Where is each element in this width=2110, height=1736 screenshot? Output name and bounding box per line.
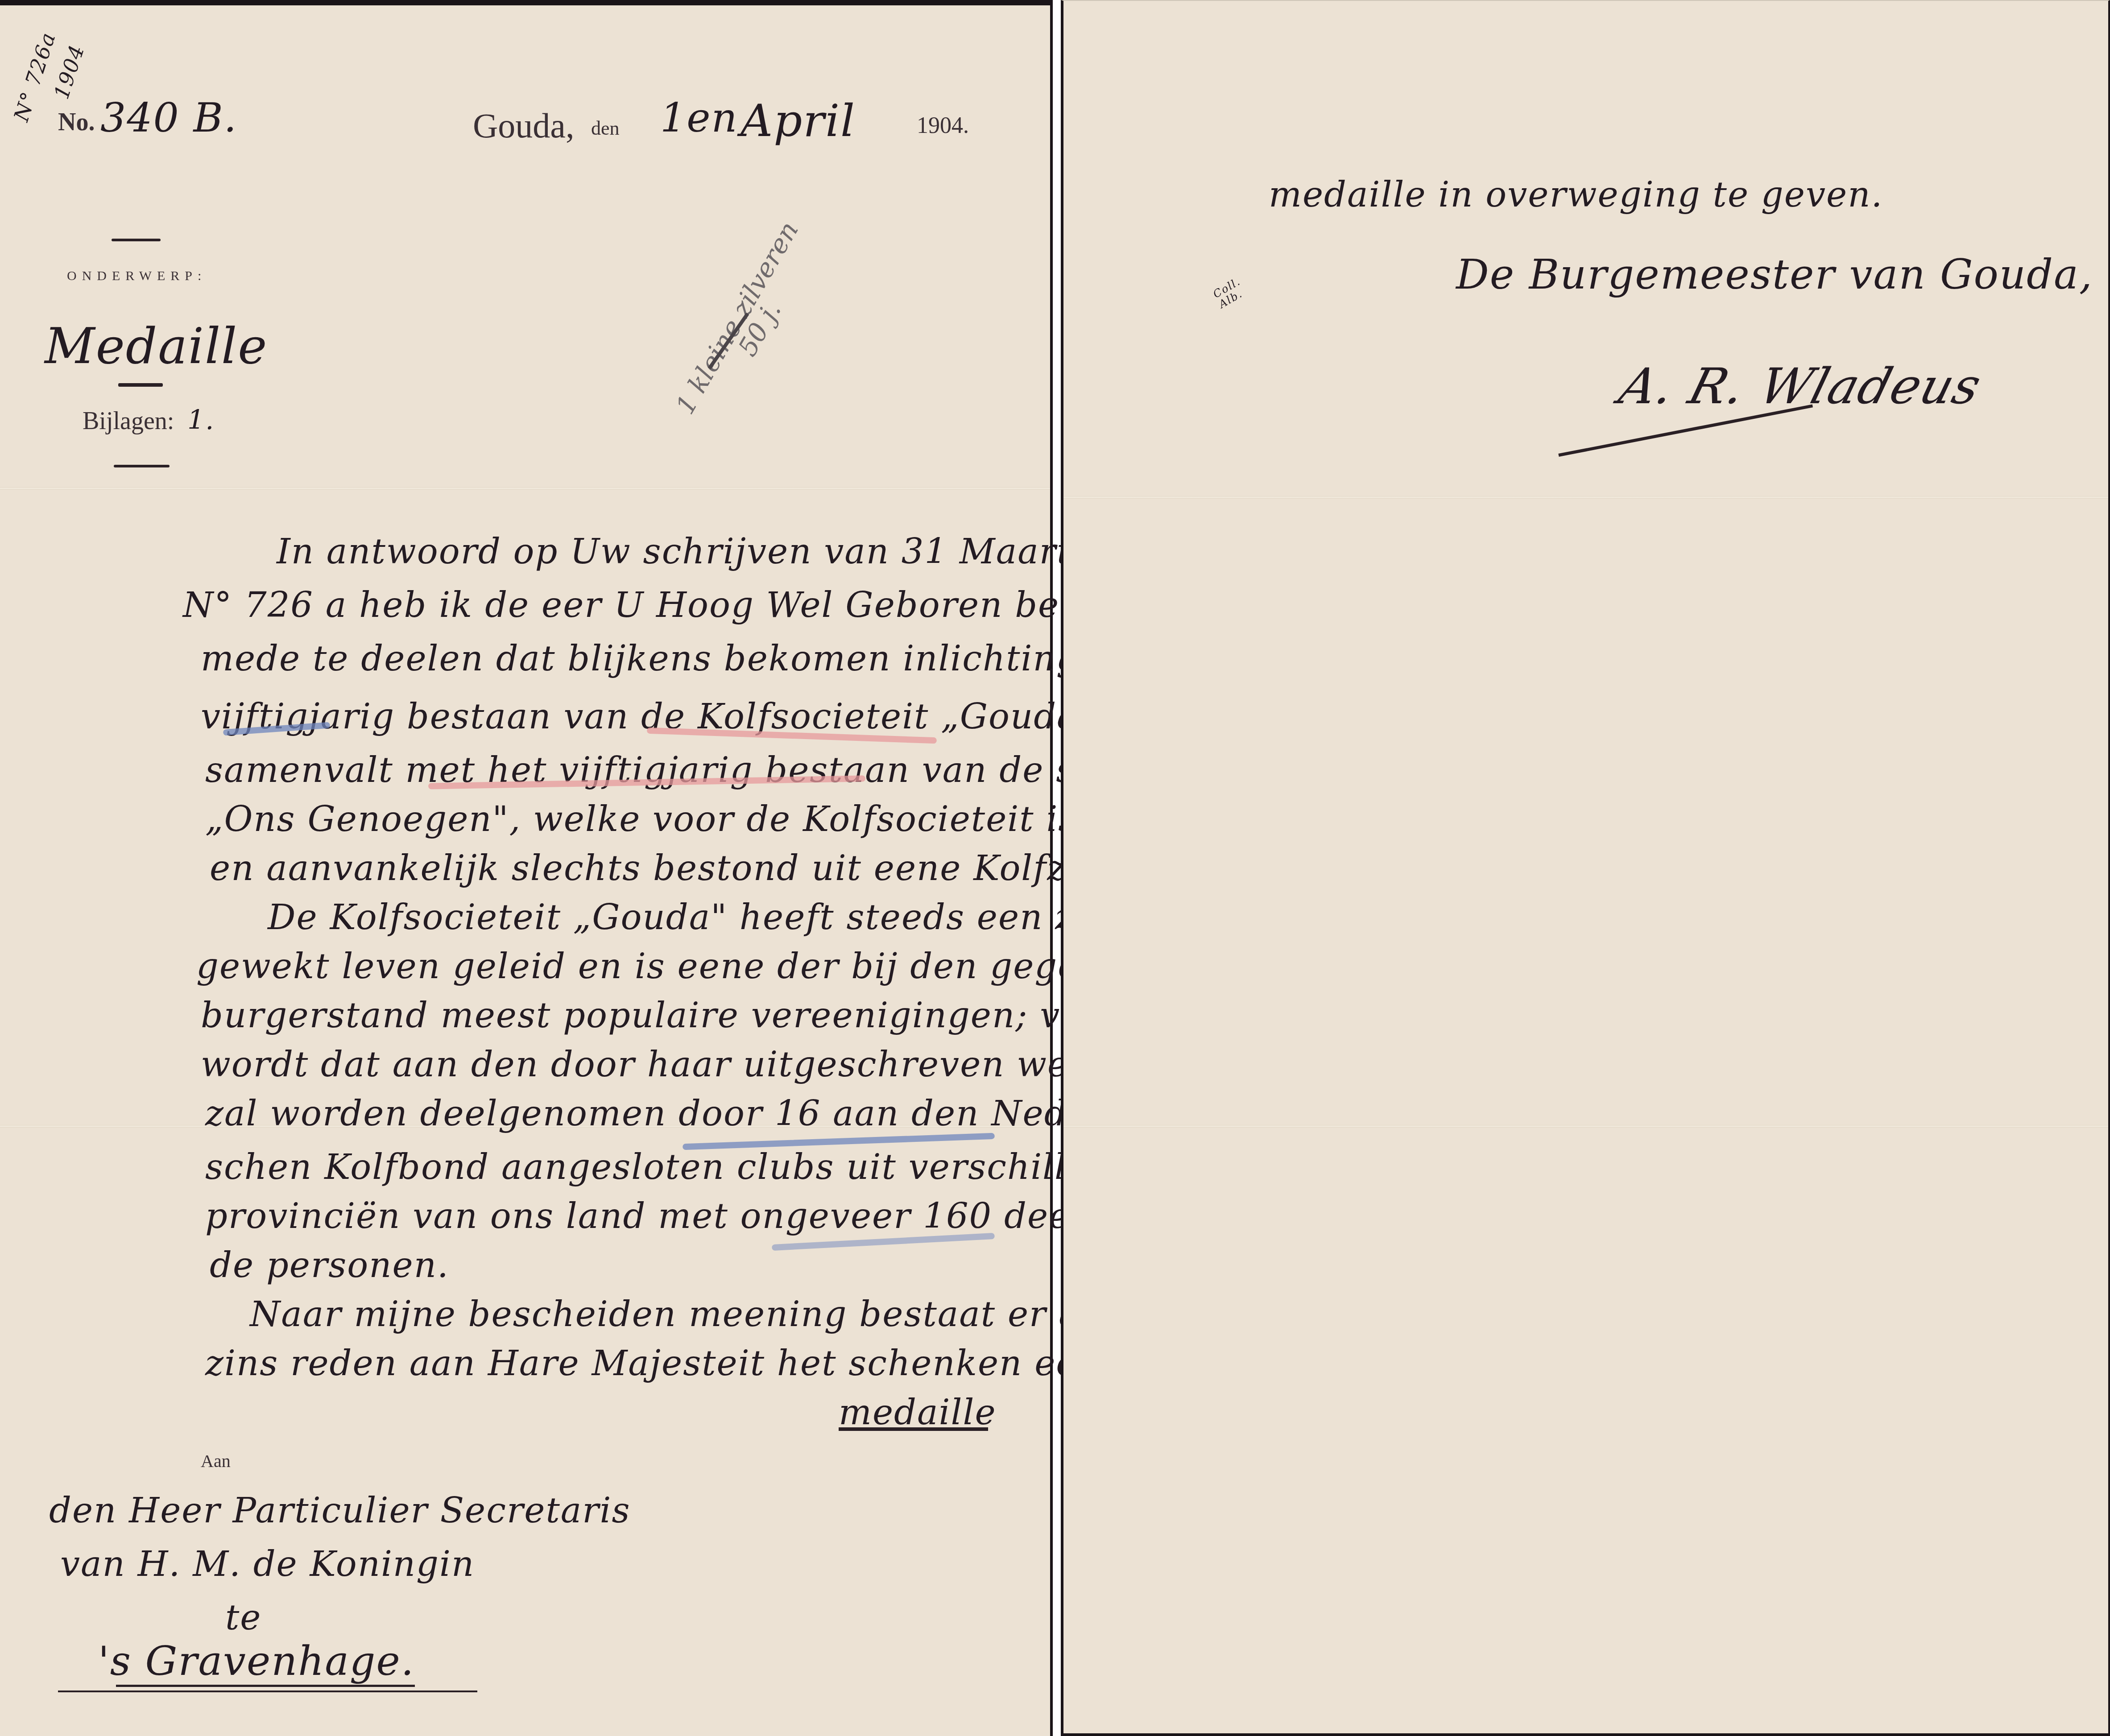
ornament-divider [118, 383, 163, 387]
subject-label: ONDERWERP: [67, 269, 207, 284]
address-line: van H. M. de Koningin [60, 1544, 475, 1584]
body-line: zal worden deelgenomen door 16 aan den N… [205, 1094, 1199, 1134]
number-label: No. [58, 108, 95, 136]
fold-line [1063, 1125, 2108, 1128]
margin-initials: Coll. Alb. [1211, 277, 1246, 310]
address-underline [58, 1691, 477, 1692]
body-line: burgerstand meest populaire vereeniginge… [201, 996, 1210, 1036]
letter-day: 1en [660, 95, 738, 141]
address-line: te [225, 1598, 262, 1638]
body-line: N° 726 a heb ik de eer U Hoog Wel Gebore… [183, 585, 1151, 625]
address-line: den Heer Particulier Secretaris [49, 1491, 631, 1531]
subject-value: Medaille [45, 318, 268, 375]
fold-line [1063, 496, 2108, 499]
address-city: 's Gravenhage. [98, 1638, 414, 1685]
pencil-annotation: 1 kleine zilveren [670, 216, 804, 419]
catchword-underline [839, 1427, 988, 1431]
letter-page-left: N° 726a 1904 No. 340 B. Gouda, den 1en A… [0, 0, 1053, 1736]
letter-year: 1904. [917, 112, 969, 139]
closing-title: De Burgemeester van Gouda, [1456, 251, 2093, 298]
letter-page-right: medaille in overweging te geven. Coll. A… [1061, 0, 2110, 1736]
continuation-line: medaille in overweging te geven. [1269, 175, 1883, 215]
body-line: In antwoord op Uw schrijven van 31 Maart… [277, 532, 1119, 572]
letterhead-den: den [591, 117, 620, 140]
fold-line [0, 487, 1050, 490]
body-line: schen Kolfbond aangesloten clubs uit ver… [205, 1147, 1156, 1187]
ornament-divider [112, 239, 161, 241]
letter-month: April [741, 95, 856, 147]
ornament-divider [114, 465, 170, 467]
address-underline [116, 1685, 415, 1687]
body-line: wordt dat aan den door haar uitgeschreve… [201, 1045, 1190, 1085]
body-line: en aanvankelijk slechts bestond uit eene… [210, 848, 1134, 889]
document-number: 340 B. [100, 95, 237, 141]
body-line: zins reden aan Hare Majesteit het schenk… [205, 1343, 1140, 1384]
letterhead-city: Gouda, [473, 106, 574, 146]
catchword: medaille [839, 1393, 997, 1433]
body-line: gewekt leven geleid en is eene der bij d… [196, 947, 1169, 987]
margin-note-number: N° 726a [9, 29, 60, 124]
address-aan: Aan [201, 1451, 231, 1471]
body-line: mede te deelen dat blijkens bekomen inli… [201, 639, 1196, 679]
body-line: Naar mijne bescheiden meening bestaat er… [250, 1294, 1157, 1335]
body-line: de personen. [210, 1245, 449, 1285]
attachments-label: Bijlagen: [83, 407, 174, 435]
attachments-value: 1. [187, 405, 215, 436]
